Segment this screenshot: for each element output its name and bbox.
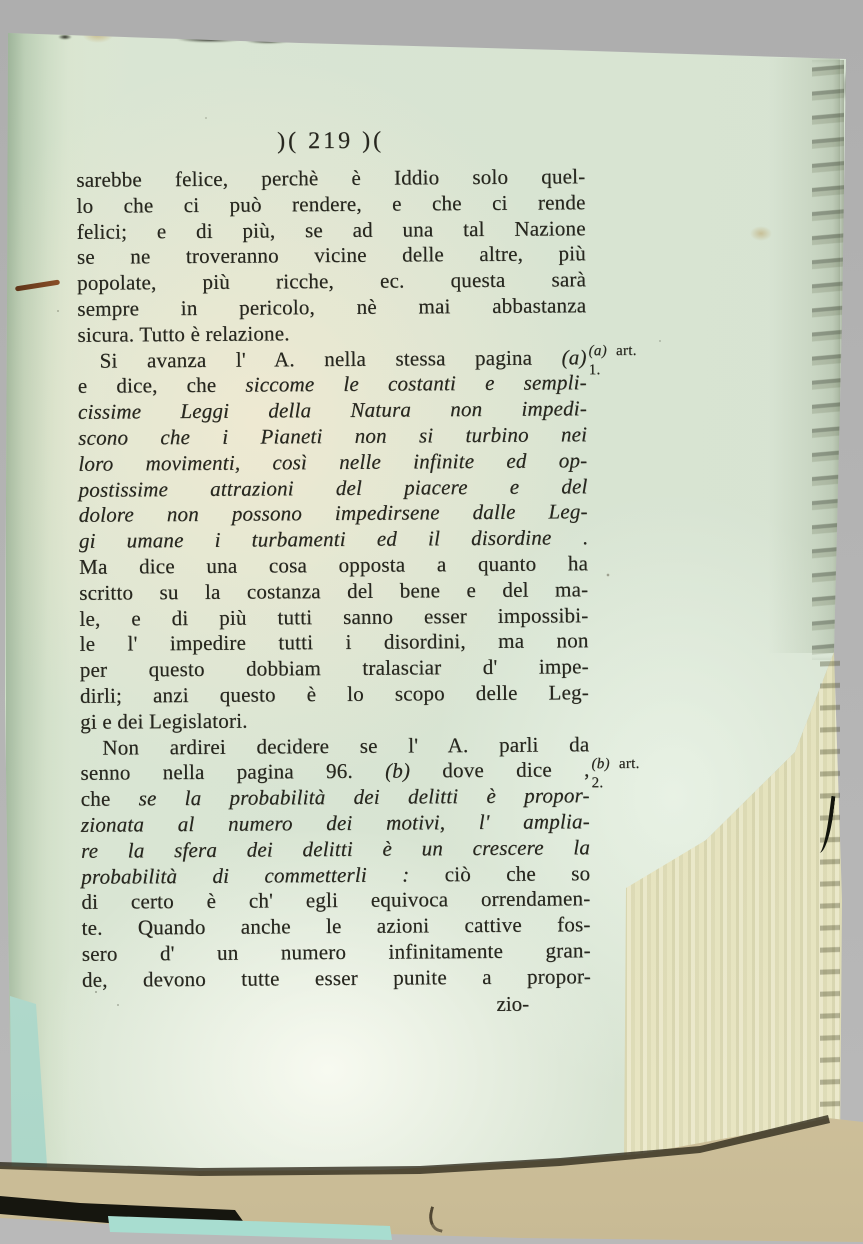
text-line: popolate, più ricche, ec. questa sarà <box>77 267 586 296</box>
body-text: sarebbe felice, perchè è Iddio solo quel… <box>76 164 591 993</box>
text-line: felici; e di più, se ad una tal Nazione <box>77 216 586 245</box>
text-line: loro movimenti, così nelle infinite ed o… <box>78 448 587 477</box>
text-line: postissime attrazioni del piacere e del <box>78 474 587 503</box>
text-line: sicura. Tutto è relazione. <box>77 319 586 348</box>
note-number: 1. <box>589 361 675 381</box>
text-line: senno nella pagina 96. (b) dove dice , <box>80 758 589 787</box>
page-number-header: )( 219 )( <box>76 124 585 168</box>
text-line: le l' impedire tutti i disordini, ma non <box>80 629 589 658</box>
text-line: di certo è ch' egli equivoca orrendamen- <box>81 887 590 916</box>
text-line: lo che ci può rendere, e che ci rende <box>76 190 585 219</box>
text-line: de, devono tutte esser punite a propor- <box>82 964 591 993</box>
note-label: art. <box>616 343 637 359</box>
text-line: gi e dei Legislatori. <box>80 706 589 735</box>
lower-fore-edge-speckles <box>820 652 840 1152</box>
text-line: per questo dobbiam tralasciar d' impe- <box>80 654 589 683</box>
text-line: sarebbe felice, perchè è Iddio solo quel… <box>76 164 585 193</box>
text-line: dirli; anzi questo è lo scopo delle Leg- <box>80 680 589 709</box>
note-label: art. <box>619 756 640 772</box>
margin-note-b: (b)art. 2. <box>591 755 677 794</box>
scan-background: )( 219 )( sarebbe felice, perchè è Iddio… <box>0 0 863 1244</box>
text-line: le, e di più tutti sanno esser impossibi… <box>79 603 588 632</box>
text-line: Ma dice una cosa opposta a quanto ha <box>79 551 588 580</box>
text-line: sero d' un numero infinitamente gran- <box>82 938 591 967</box>
text-line: gi umane i turbamenti ed il disordine . <box>79 525 588 554</box>
text-line: se ne troveranno vicine delle altre, più <box>77 242 586 271</box>
text-line: Non ardirei decidere se l' A. parli da <box>80 732 589 761</box>
text-line: scono che i Pianeti non si turbino nei <box>78 422 587 451</box>
text-line: sempre in pericolo, nè mai abbastanza <box>77 293 586 322</box>
text-line: e dice, che siccome le costanti e sempli… <box>78 371 587 400</box>
page-content: )( 219 )( sarebbe felice, perchè è Iddio… <box>76 124 591 993</box>
text-line: cissime Leggi della Natura non impedi- <box>78 396 587 425</box>
text-line: dolore non possono impedirsene dalle Leg… <box>79 500 588 529</box>
catchword: zio- <box>496 991 529 1017</box>
margin-note-a: (a)art. 1. <box>589 342 675 381</box>
note-ref: (b) <box>591 756 610 772</box>
text-line: re la sfera dei delitti è un crescere la <box>81 835 590 864</box>
note-number: 2. <box>592 774 678 794</box>
text-line: probabilità di commetterli : ciò che so <box>81 861 590 890</box>
text-line: che se la probabilità dei delitti è prop… <box>81 783 590 812</box>
text-line: scritto su la costanza del bene e del ma… <box>79 577 588 606</box>
text-line: te. Quando anche le azioni cattive fos- <box>82 912 591 941</box>
text-line: zionata al numero dei motivi, l' amplia- <box>81 809 590 838</box>
note-ref: (a) <box>589 343 608 359</box>
text-line: Si avanza l' A. nella stessa pagina (a) <box>78 345 587 374</box>
